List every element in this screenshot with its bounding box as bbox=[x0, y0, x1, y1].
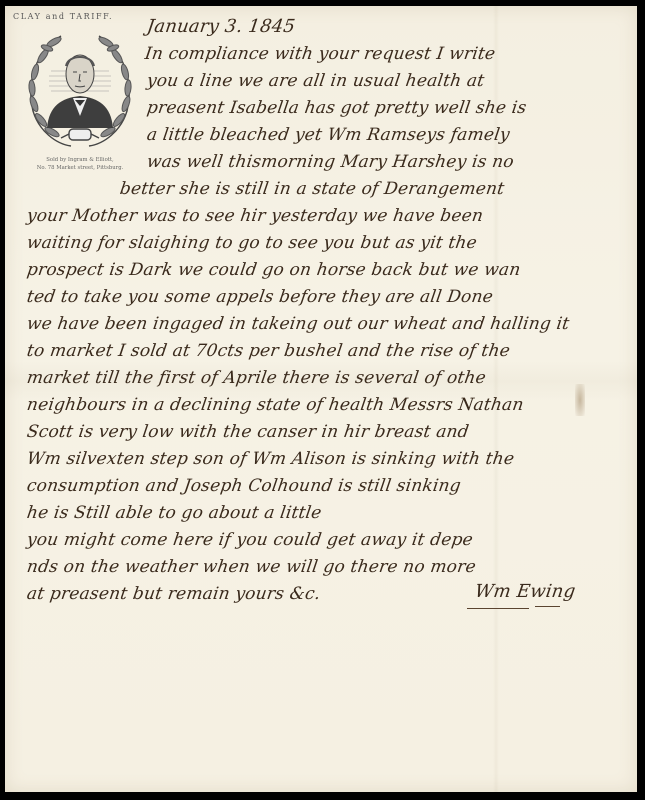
letterhead-title: CLAY and TARIFF. bbox=[9, 12, 145, 21]
letter-line: was well thismorning Mary Harshey is no bbox=[146, 152, 516, 172]
letterhead: CLAY and TARIFF. bbox=[15, 12, 145, 172]
letter-line: neighbours in a declining state of healt… bbox=[26, 395, 525, 415]
letter-line: preasent Isabella has got pretty well sh… bbox=[146, 98, 528, 118]
letter-line: waiting for slaighing to go to see you b… bbox=[26, 233, 479, 253]
letter-line: Scott is very low with the canser in hir… bbox=[26, 422, 471, 442]
letter-line: market till the first of Aprile there is… bbox=[26, 368, 488, 388]
signature-underline bbox=[467, 608, 529, 609]
letter-line: better she is still in a state of Derang… bbox=[119, 179, 506, 199]
letter-line: In compliance with your request I write bbox=[144, 44, 497, 64]
letter-line: he is Still able to go about a little bbox=[26, 503, 323, 523]
signature-underline bbox=[535, 606, 560, 607]
letter-line: nds on the weather when we will go there… bbox=[26, 557, 478, 577]
letterhead-imprint: Sold by Ingram & Elliott, No. 78 Market … bbox=[15, 156, 145, 172]
letter-page: CLAY and TARIFF. bbox=[5, 6, 637, 792]
portrait-engraving-icon bbox=[21, 26, 139, 154]
letter-line: we have been ingaged in takeing out our … bbox=[26, 314, 571, 334]
imprint-line: No. 78 Market street, Pittsburg. bbox=[15, 164, 145, 172]
letter-line: consumption and Joseph Colhound is still… bbox=[26, 476, 463, 496]
ink-smudge bbox=[575, 384, 585, 416]
letter-line: you a line we are all in usual health at bbox=[146, 71, 486, 91]
imprint-line: Sold by Ingram & Elliott, bbox=[15, 156, 145, 164]
letter-date: January 3. 1845 bbox=[146, 16, 297, 37]
letter-line: ted to take you some appels before they … bbox=[26, 287, 495, 307]
letter-line: your Mother was to see hir yesterday we … bbox=[26, 206, 485, 226]
letter-line: you might come here if you could get awa… bbox=[26, 530, 475, 550]
letter-line: at preasent but remain yours &c. bbox=[26, 584, 322, 604]
letter-line: a little bleached yet Wm Ramseys famely bbox=[146, 125, 511, 145]
letter-line: to market I sold at 70cts per bushel and… bbox=[26, 341, 512, 361]
signature: Wm Ewing bbox=[474, 581, 577, 602]
letter-line: Wm silvexten step son of Wm Alison is si… bbox=[26, 449, 516, 469]
letter-line: prospect is Dark we could go on horse ba… bbox=[26, 260, 522, 280]
